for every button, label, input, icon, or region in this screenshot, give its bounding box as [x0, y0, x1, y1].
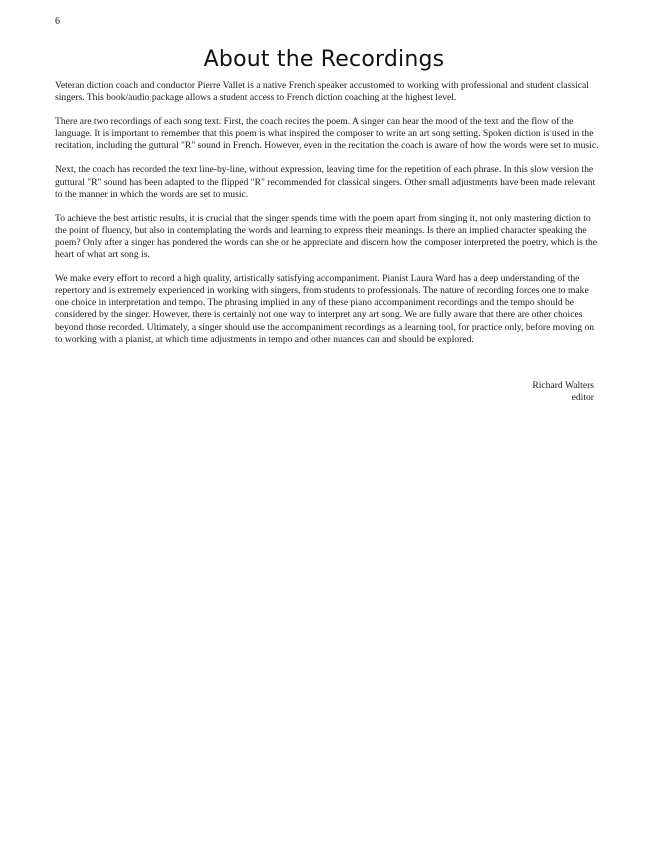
- body-text: Veteran diction coach and conductor Pier…: [55, 80, 600, 358]
- page-title: About the Recordings: [0, 47, 648, 72]
- signature-role: editor: [532, 392, 594, 404]
- signature: Richard Walters editor: [532, 380, 594, 404]
- paragraph-recordings: There are two recordings of each song te…: [55, 116, 600, 152]
- paragraph-artistic-results: To achieve the best artistic results, it…: [55, 213, 600, 261]
- paragraph-intro: Veteran diction coach and conductor Pier…: [55, 80, 600, 104]
- document-page: 6 About the Recordings Veteran diction c…: [0, 0, 648, 864]
- signature-name: Richard Walters: [532, 380, 594, 392]
- page-number: 6: [55, 16, 60, 27]
- paragraph-line-by-line: Next, the coach has recorded the text li…: [55, 164, 600, 200]
- paragraph-accompaniment: We make every effort to record a high qu…: [55, 273, 600, 346]
